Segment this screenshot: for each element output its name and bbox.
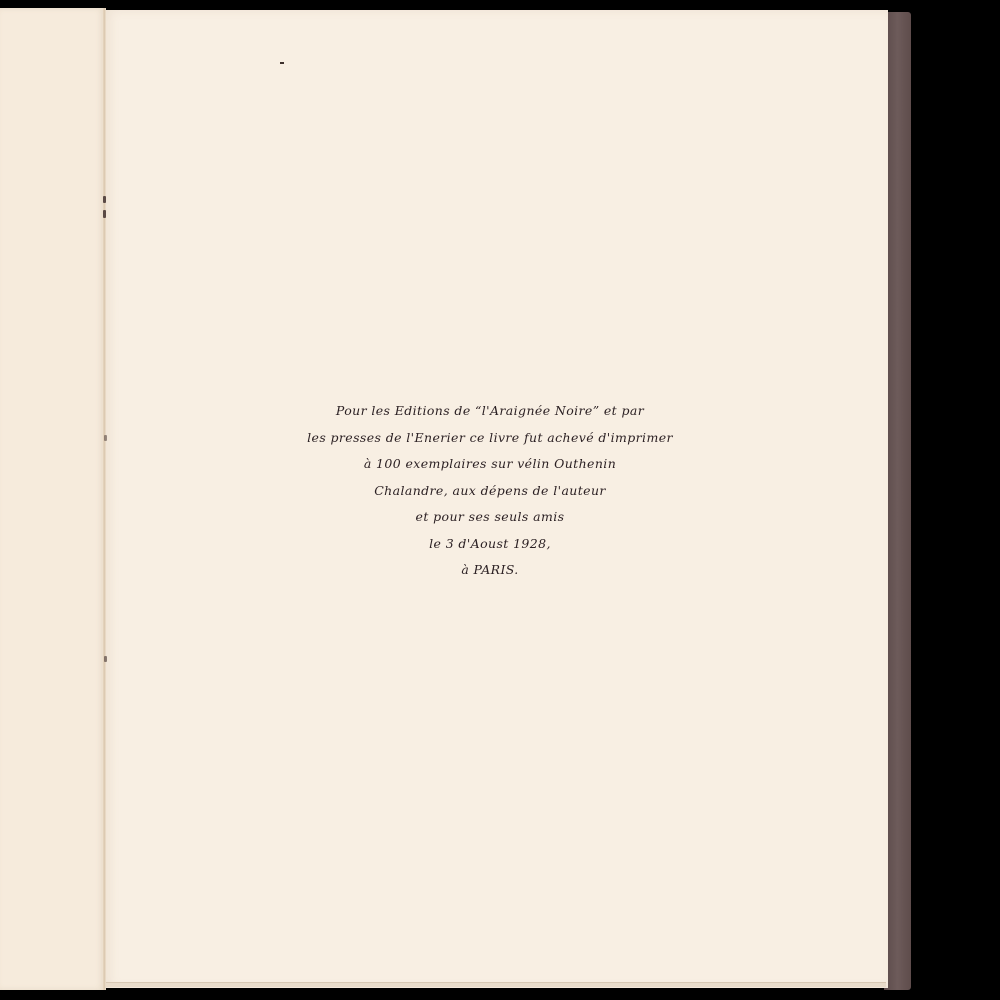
colophon-text: Pour les Editions de “l'Araignée Noire” … (270, 398, 710, 584)
colophon-line: les presses de l'Enerier ce livre fut ac… (270, 425, 710, 452)
colophon-line: à PARIS. (270, 557, 710, 584)
colophon-line: et pour ses seuls amis (270, 504, 710, 531)
colophon-line: Chalandre, aux dépens de l'auteur (270, 478, 710, 505)
page-bottom-edge (106, 982, 886, 987)
left-page (0, 8, 104, 990)
binding-stitch-mark (103, 196, 106, 203)
binding-stitch-mark (104, 656, 107, 662)
ink-speck (280, 62, 284, 64)
colophon-line: à 100 exemplaires sur vélin Outhenin (270, 451, 710, 478)
binding-stitch-mark (103, 210, 106, 218)
book-cover-edge (884, 12, 911, 990)
colophon-line: Pour les Editions de “l'Araignée Noire” … (270, 398, 710, 425)
book-spread: Pour les Editions de “l'Araignée Noire” … (0, 0, 1000, 1000)
colophon-line: le 3 d'Aoust 1928, (270, 531, 710, 558)
binding-stitch-mark (104, 435, 107, 441)
